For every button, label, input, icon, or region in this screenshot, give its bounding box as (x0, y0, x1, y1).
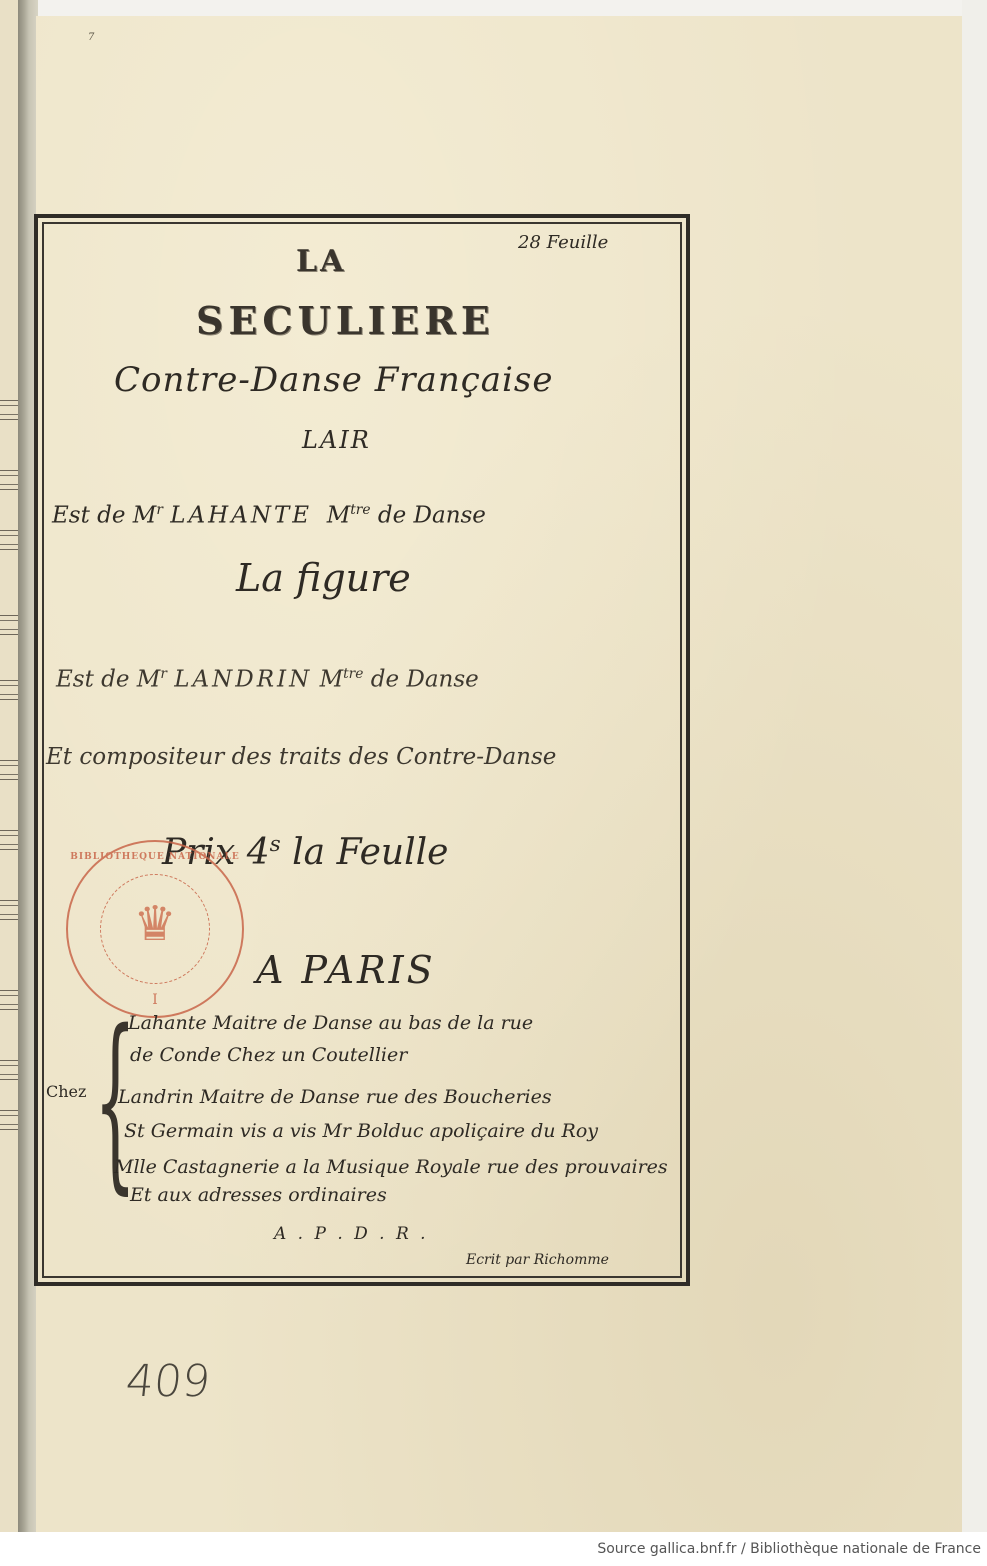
figure-credit: Est de Mr LANDRIN Mtre de Danse (56, 666, 479, 693)
address-line: Mlle Castagnerie a la Musique Royale rue… (114, 1156, 668, 1178)
scan-right-margin (962, 0, 987, 1532)
credit-prefix: Est de M (56, 667, 160, 693)
credit-sup: r (160, 666, 167, 682)
price-sup: s (270, 832, 281, 857)
library-stamp: BIBLIOTHEQUE NATIONALE ♛ I (66, 840, 244, 1018)
stamp-text: BIBLIOTHEQUE NATIONALE (68, 852, 242, 862)
corner-mark: 7 (88, 32, 94, 43)
figure-heading: La figure (236, 556, 411, 600)
title-article: LA (296, 244, 346, 279)
subtitle: Contre-Danse Française (114, 360, 553, 400)
choreographer-name: LANDRIN (174, 667, 312, 693)
credit-title: M (320, 667, 344, 693)
sheet-number: 28 Feuille (518, 232, 608, 253)
credit-sup: tre (350, 502, 370, 518)
air-credit: Est de Mr LAHANTE Mtre de Danse (52, 502, 486, 529)
publisher-city: A PARIS (256, 948, 436, 992)
air-heading: LAIR (302, 426, 371, 454)
credit-prefix: Est de M (52, 503, 156, 529)
composer-name: LAHANTE (170, 503, 312, 529)
page-title: SECULIERE (196, 298, 495, 343)
credit-suffix: de Danse (378, 503, 486, 529)
composer-line: Et compositeur des traits des Contre-Dan… (46, 744, 556, 770)
scan-top-margin (36, 0, 987, 16)
credit-sup: r (156, 502, 163, 518)
handwritten-shelfmark: 409 (123, 1356, 212, 1407)
privilege-mark: A . P . D . R . (274, 1224, 429, 1244)
engraver-credit: Ecrit par Richomme (466, 1252, 609, 1268)
address-line: Landrin Maitre de Danse rue des Boucheri… (118, 1086, 552, 1108)
crown-icon: ♛ (68, 900, 242, 948)
price-suffix: la Feulle (292, 832, 448, 873)
credit-sup: tre (343, 666, 363, 682)
address-line: Et aux adresses ordinaires (130, 1184, 387, 1206)
address-line: St Germain vis a vis Mr Bolduc apoliçair… (124, 1120, 598, 1142)
source-attribution: Source gallica.bnf.fr / Bibliothèque nat… (597, 1541, 981, 1557)
chez-label: Chez (46, 1082, 86, 1101)
credit-title: M (327, 503, 351, 529)
credit-suffix: de Danse (371, 667, 479, 693)
address-line: Lahante Maitre de Danse au bas de la rue (128, 1012, 533, 1034)
address-line: de Conde Chez un Coutellier (130, 1044, 407, 1066)
